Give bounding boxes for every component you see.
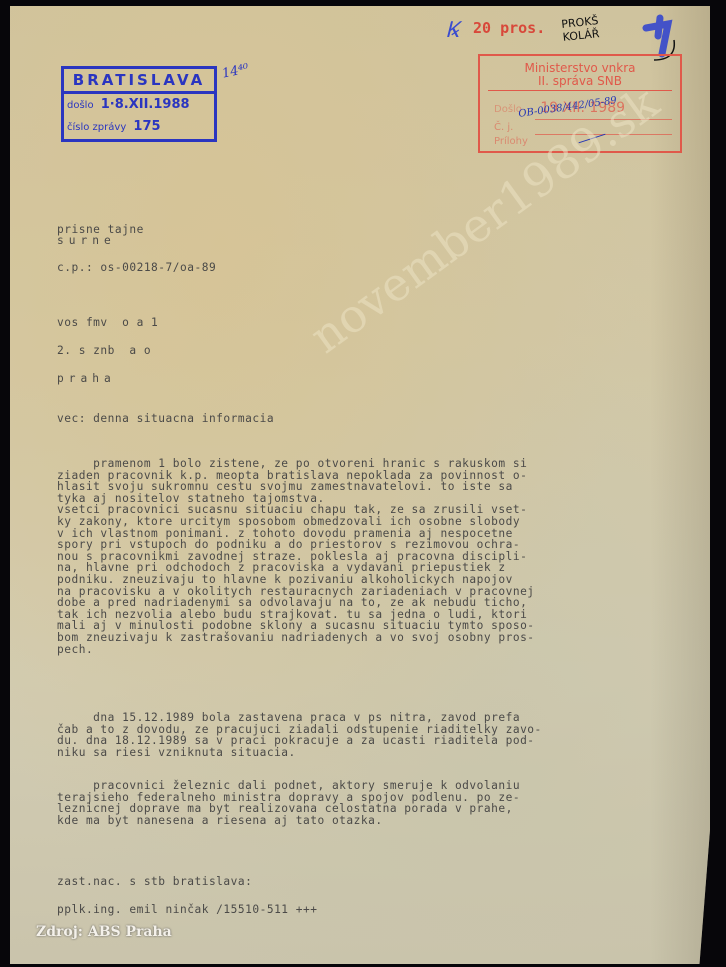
text-line: spory pri vstupoch do podniku a do pries… <box>57 539 535 551</box>
text-line: niku sa riesi vzniknuta situacia. <box>57 747 542 759</box>
text-line: kde ma byt nanesena a riesena aj tato ot… <box>57 815 520 827</box>
handwritten-initial-mark: Ꝃ <box>445 14 459 44</box>
source-caption: Zdroj: ABS Praha <box>36 924 172 940</box>
text-line: podniku. zneuzivaju to hlavne k pozivani… <box>57 574 535 586</box>
text-line: pramenom 1 bolo zistene, ze po otvoreni … <box>57 458 535 470</box>
body-paragraph-3: pracovnici železnic dali podnet, aktory … <box>57 780 520 826</box>
ministry-line-2: II. správa SNB <box>488 75 672 91</box>
received-stamp: BRATISLAVA došlo 1·8.XII.1988 číslo zprá… <box>61 66 217 142</box>
text-line: pracovnici železnic dali podnet, aktory … <box>57 780 520 792</box>
handwritten-names: PROKŠ KOLÁŘ <box>561 14 601 44</box>
subject-line: vec: denna situacna informacia <box>57 413 274 425</box>
stamp-report-row: číslo zprávy 175 <box>64 116 214 138</box>
stamp-line <box>535 119 672 120</box>
body-paragraph-1: pramenom 1 bolo zistene, ze po otvoreni … <box>57 458 535 655</box>
reference-number: c.p.: os-00218-7/oa-89 <box>57 262 216 274</box>
text-line: bom zneuzivaju k zastrašovaniu nadriaden… <box>57 632 535 644</box>
stamp-received-label: došlo <box>67 100 94 111</box>
ministry-attachments-label: Prílohy <box>494 136 528 147</box>
ministry-number-label: Č. j. <box>494 122 513 133</box>
text-line: dna 15.12.1989 bola zastavena praca v ps… <box>57 712 542 724</box>
text-line: ky zakony, ktore urcitym sposobom obmedz… <box>57 516 535 528</box>
stamp-received-row: došlo 1·8.XII.1988 <box>64 94 214 116</box>
stamp-city: BRATISLAVA <box>64 69 214 94</box>
recipient-city: praha <box>57 373 116 385</box>
recipient-line-1: vos fmv o a 1 <box>57 317 158 329</box>
text-line: dobe a pred nadriadenymi sa odvolavaju n… <box>57 597 535 609</box>
body-paragraph-2: dna 15.12.1989 bola zastavena praca v ps… <box>57 712 542 758</box>
copies-count: 20 pros. <box>473 19 545 37</box>
stamp-received-date: 1·8.XII.1988 <box>101 97 190 112</box>
signature-office: zast.nac. s stb bratislava: <box>57 876 252 888</box>
stamp-report-number: 175 <box>133 119 160 134</box>
urgency: surne <box>57 235 116 247</box>
recipient-line-2: 2. s znb a o <box>57 345 151 357</box>
signature-name: pplk.ing. emil ninčak /15510-511 +++ <box>57 904 317 916</box>
stamp-report-label: číslo zprávy <box>67 122 126 133</box>
text-line: pech. <box>57 644 535 656</box>
